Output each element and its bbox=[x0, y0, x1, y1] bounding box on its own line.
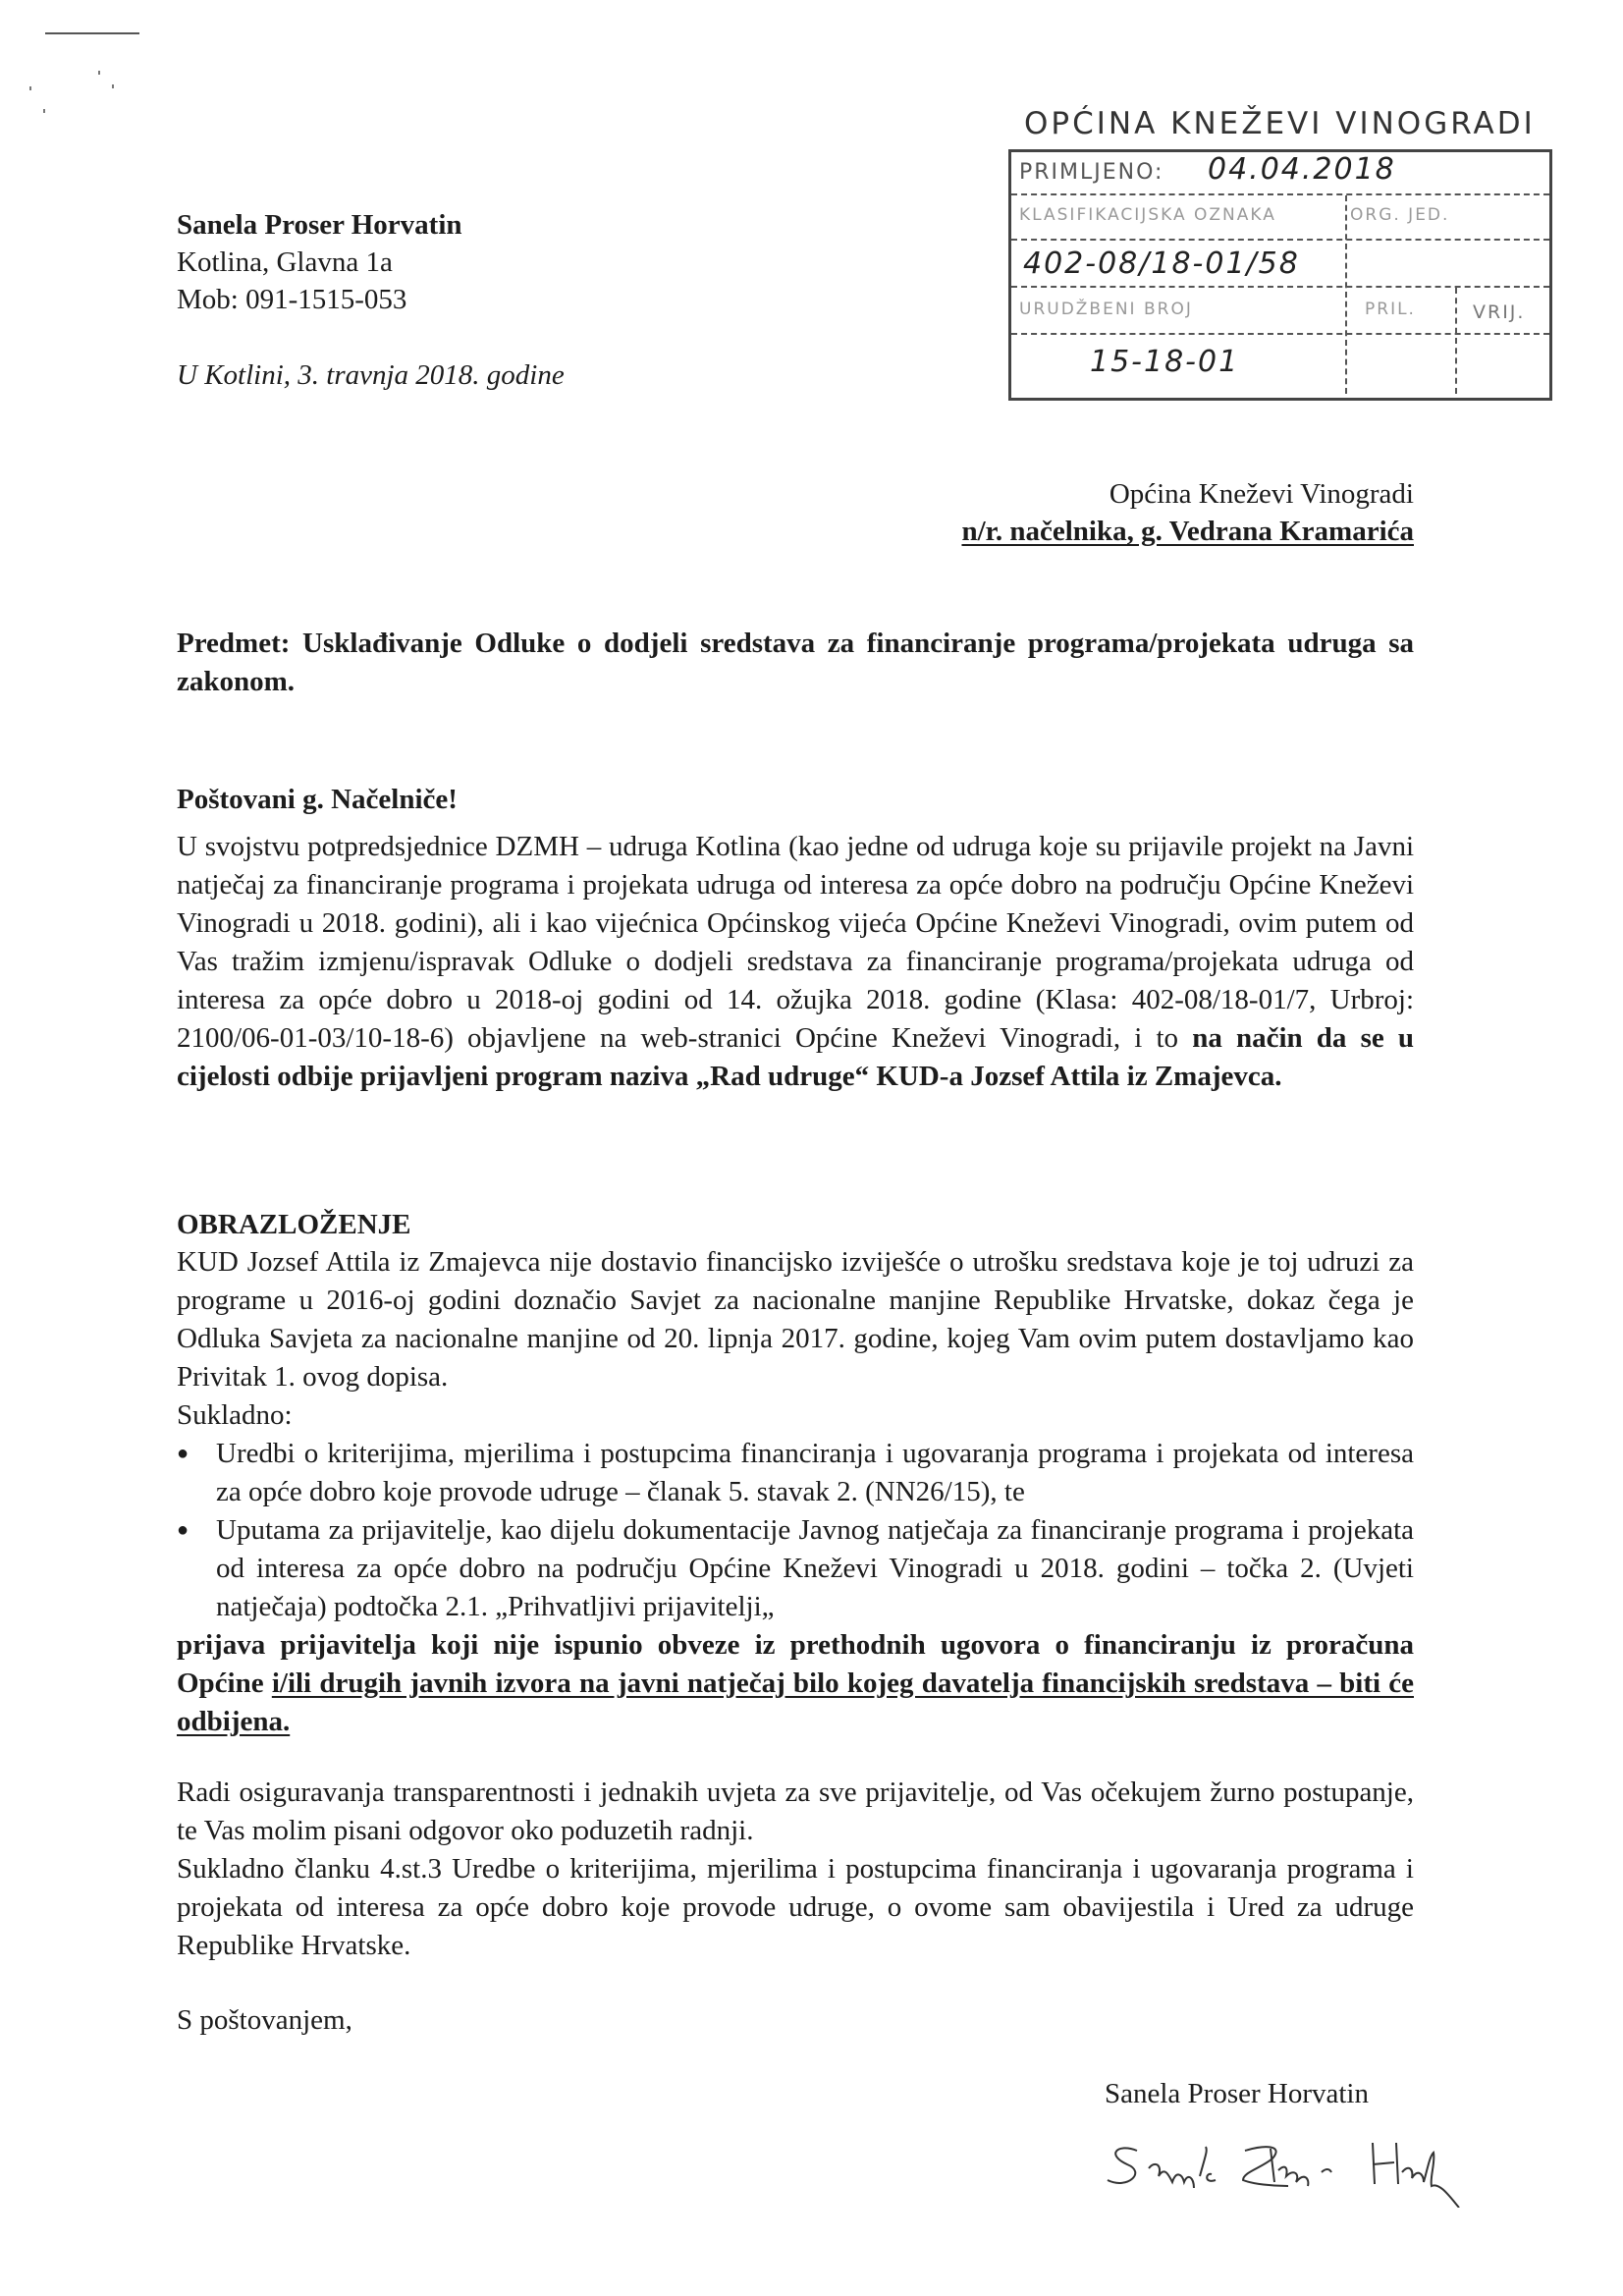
scan-speck bbox=[98, 71, 100, 75]
stamp-row-registry-label: URUDŽBENI BROJ PRIL. VRIJ. bbox=[1011, 288, 1549, 335]
quoted-rule: prijava prijavitelja koji nije ispunio o… bbox=[177, 1626, 1414, 1741]
stamp-title: OPĆINA KNEŽEVI VINOGRADI bbox=[1024, 106, 1536, 141]
stamp-row-classification-value: 402-08/18-01/58 bbox=[1011, 241, 1549, 288]
registry-number: 15-18-01 bbox=[1090, 345, 1239, 379]
explanation-text: KUD Jozsef Attila iz Zmajevca nije dosta… bbox=[177, 1243, 1414, 1396]
classification-number: 402-08/18-01/58 bbox=[1023, 246, 1300, 281]
scan-speck bbox=[29, 86, 31, 90]
stamp-divider bbox=[1455, 288, 1457, 394]
place-date: U Kotlini, 3. travnja 2018. godine bbox=[177, 359, 565, 392]
sender-address: Kotlina, Glavna 1a bbox=[177, 244, 466, 281]
subject-line: Predmet: Usklađivanje Odluke o dodjeli s… bbox=[177, 625, 1414, 701]
explanation-heading: OBRAZLOŽENJE bbox=[177, 1206, 1414, 1244]
scan-speck bbox=[43, 109, 45, 113]
sender-block: Sanela Proser Horvatin Kotlina, Glavna 1… bbox=[177, 206, 466, 318]
notification-text: Sukladno članku 4.st.3 Uredbe o kriterij… bbox=[177, 1850, 1414, 1965]
recipient-attention: n/r. načelnika, g. Vedrana Kramarića bbox=[961, 513, 1414, 550]
request-paragraph: U svojstvu potpredsjednice DZMH – udruga… bbox=[177, 828, 1414, 1096]
closing-salutation: S poštovanjem, bbox=[177, 2001, 1414, 2040]
reception-stamp: PRIMLJENO: 04.04.2018 KLASIFIKACIJSKA OZ… bbox=[1008, 149, 1552, 401]
stamp-row-classification-label: KLASIFIKACIJSKA OZNAKA ORG. JED. bbox=[1011, 195, 1549, 241]
recipient-office: Općina Kneževi Vinogradi bbox=[961, 475, 1414, 513]
quoted-rule-underlined: i/ili drugih javnih izvora na javni natj… bbox=[177, 1667, 1414, 1737]
received-date: 04.04.2018 bbox=[1208, 152, 1396, 187]
greeting: Poštovani g. Načelniče! bbox=[177, 781, 1414, 819]
stamp-divider bbox=[1345, 195, 1347, 394]
sender-name: Sanela Proser Horvatin bbox=[173, 206, 466, 244]
list-item: Uputama za prijavitelje, kao dijelu doku… bbox=[216, 1511, 1414, 1626]
recipient-block: Općina Kneževi Vinogradi n/r. načelnika,… bbox=[961, 475, 1414, 550]
explanation-section: KUD Jozsef Attila iz Zmajevca nije dosta… bbox=[177, 1243, 1414, 1741]
list-item: Uredbi o kriterijima, mjerilima i postup… bbox=[216, 1435, 1414, 1511]
stamp-row-registry-value: 15-18-01 bbox=[1011, 335, 1549, 394]
signatory-name: Sanela Proser Horvatin bbox=[1105, 2078, 1369, 2110]
handwritten-signature bbox=[1098, 2129, 1510, 2208]
urgency-text: Radi osiguravanja transparentnosti i jed… bbox=[177, 1774, 1414, 1850]
pursuant-label: Sukladno: bbox=[177, 1396, 1414, 1435]
stamp-row-received: PRIMLJENO: 04.04.2018 bbox=[1011, 152, 1549, 195]
sender-phone: Mob: 091-1515-053 bbox=[177, 281, 466, 318]
legal-basis-list: Uredbi o kriterijima, mjerilima i postup… bbox=[177, 1435, 1414, 1626]
scan-mark-line bbox=[45, 32, 139, 34]
scan-speck bbox=[112, 84, 114, 88]
closing-paragraph: Radi osiguravanja transparentnosti i jed… bbox=[177, 1774, 1414, 1965]
